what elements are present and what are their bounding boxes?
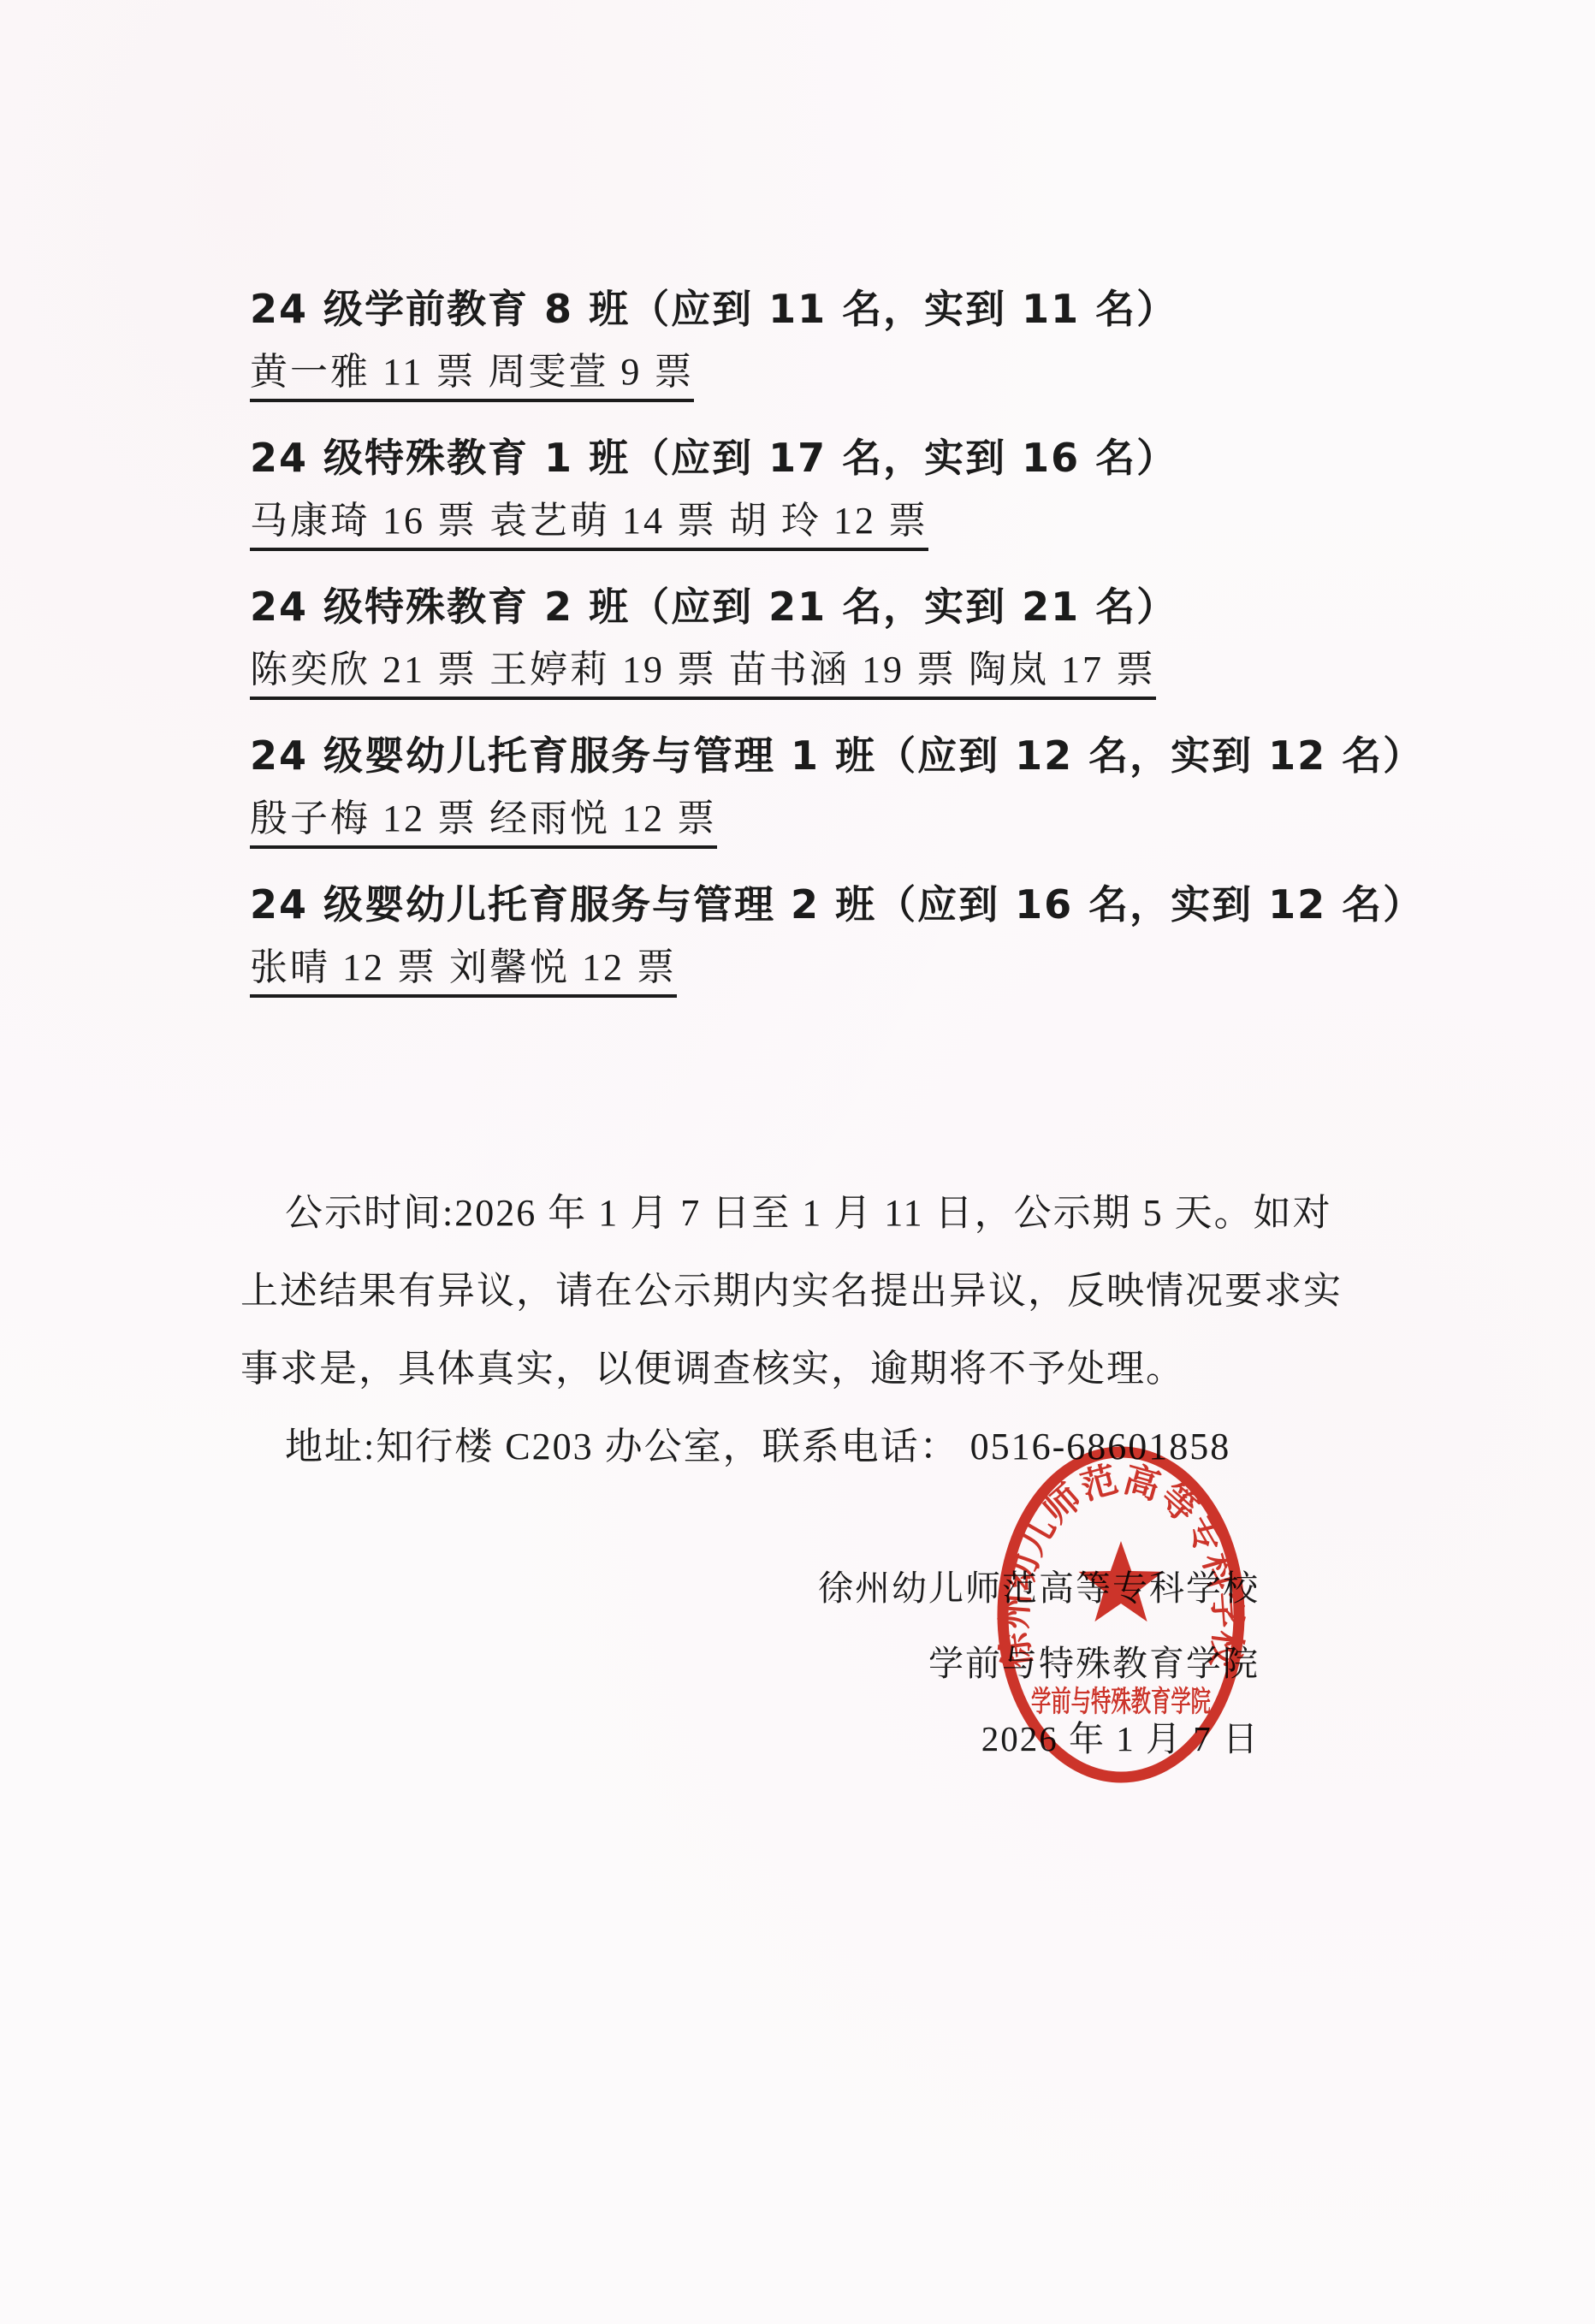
class-header: 24 级学前教育 8 班（应到 11 名，实到 11 名） bbox=[250, 272, 1465, 347]
document-page: 24 级学前教育 8 班（应到 11 名，实到 11 名） 黄一雅 11 票 周… bbox=[0, 0, 1595, 2324]
class-header: 24 级特殊教育 2 班（应到 21 名，实到 21 名） bbox=[250, 570, 1465, 644]
official-seal: 徐州幼儿师范高等专科学校 学前与特殊教育学院 bbox=[975, 1442, 1266, 1788]
votes-line: 陈奕欣 21 票 王婷莉 19 票 苗书涵 19 票 陶岚 17 票 bbox=[250, 651, 1156, 700]
election-results-list: 24 级学前教育 8 班（应到 11 名，实到 11 名） 黄一雅 11 票 周… bbox=[250, 272, 1465, 1017]
votes-row: 黄一雅 11 票 周雯萱 9 票 bbox=[250, 347, 1465, 421]
votes-line: 殷子梅 12 票 经雨悦 12 票 bbox=[250, 800, 717, 849]
votes-line: 张晴 12 票 刘馨悦 12 票 bbox=[250, 949, 677, 998]
publicity-notice: 公示时间:2026 年 1 月 7 日至 1 月 11 日，公示期 5 天。如对… bbox=[240, 1174, 1319, 1485]
class-header: 24 级婴幼儿托育服务与管理 1 班（应到 12 名，实到 12 名） bbox=[250, 719, 1465, 793]
votes-line: 黄一雅 11 票 周雯萱 9 票 bbox=[250, 353, 694, 402]
class-header: 24 级特殊教育 1 班（应到 17 名，实到 16 名） bbox=[250, 421, 1465, 495]
votes-row: 马康琦 16 票 袁艺萌 14 票 胡 玲 12 票 bbox=[250, 495, 1465, 570]
notice-line: 事求是，具体真实，以便调查核实，逾期将不予处理。 bbox=[240, 1330, 1319, 1408]
votes-line: 马康琦 16 票 袁艺萌 14 票 胡 玲 12 票 bbox=[250, 502, 928, 551]
class-header: 24 级婴幼儿托育服务与管理 2 班（应到 16 名，实到 12 名） bbox=[250, 868, 1465, 942]
votes-row: 殷子梅 12 票 经雨悦 12 票 bbox=[250, 793, 1465, 868]
notice-line: 上述结果有异议，请在公示期内实名提出异议，反映情况要求实 bbox=[240, 1252, 1319, 1330]
notice-line: 公示时间:2026 年 1 月 7 日至 1 月 11 日，公示期 5 天。如对 bbox=[240, 1174, 1319, 1252]
seal-banner-text: 学前与特殊教育学院 bbox=[1031, 1685, 1211, 1719]
red-star-icon bbox=[1079, 1541, 1164, 1621]
votes-row: 陈奕欣 21 票 王婷莉 19 票 苗书涵 19 票 陶岚 17 票 bbox=[250, 644, 1465, 719]
votes-row: 张晴 12 票 刘馨悦 12 票 bbox=[250, 942, 1465, 1017]
